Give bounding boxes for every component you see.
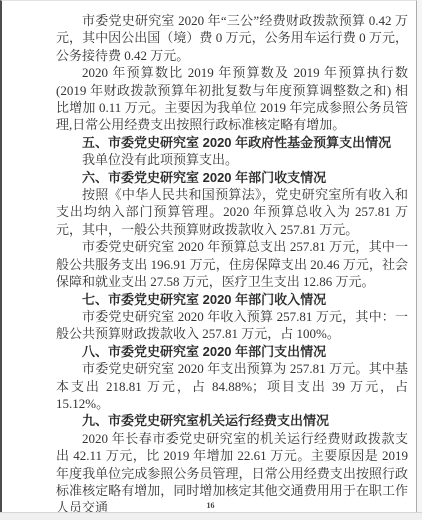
viewer-background-strip: [0, 512, 422, 520]
heading-section-9: 九、市委党史研究室机关运行经费支出情况: [56, 412, 408, 429]
page-number: 16: [2, 501, 419, 510]
paragraph-expenditure-detail: 市委党史研究室 2020 年支出预算为 257.81 万元。其中基本支出 218…: [56, 360, 408, 412]
document-page: 市委党史研究室 2020 年“三公”经费财政拨款预算 0.42 万元，其中因公出…: [0, 0, 417, 512]
paragraph-sangong-budget: 市委党史研究室 2020 年“三公”经费财政拨款预算 0.42 万元，其中因公出…: [56, 12, 408, 64]
paragraph-budget-comparison: 2020 年预算数比 2019 年预算数及 2019 年预算执行数(2019 年…: [56, 64, 408, 134]
heading-section-7: 七、市委党史研究室 2020 年部门收入情况: [56, 291, 408, 308]
paragraph-total-income: 按照《中华人民共和国预算法》，党史研究室所有收入和支出均纳入部门预算管理。202…: [56, 186, 408, 238]
paragraph-income-detail: 市委党史研究室 2020 年收入预算 257.81 万元，其中：一般公共预算财政…: [56, 308, 408, 343]
paragraph-total-expenditure: 市委党史研究室 2020 年预算总支出 257.81 万元，其中一般公共服务支出…: [56, 238, 408, 290]
heading-section-8: 八、市委党史研究室 2020 年部门支出情况: [56, 343, 408, 360]
document-viewport: 市委党史研究室 2020 年“三公”经费财政拨款预算 0.42 万元，其中因公出…: [0, 0, 422, 520]
heading-section-5: 五、市委党史研究室 2020 年政府性基金预算支出情况: [56, 134, 408, 151]
page-content: 市委党史研究室 2020 年“三公”经费财政拨款预算 0.42 万元，其中因公出…: [56, 12, 408, 517]
heading-section-6: 六、市委党史研究室 2020 年部门收支情况: [56, 169, 408, 186]
paragraph-no-fund-budget: 我单位没有此项预算支出。: [56, 151, 408, 168]
